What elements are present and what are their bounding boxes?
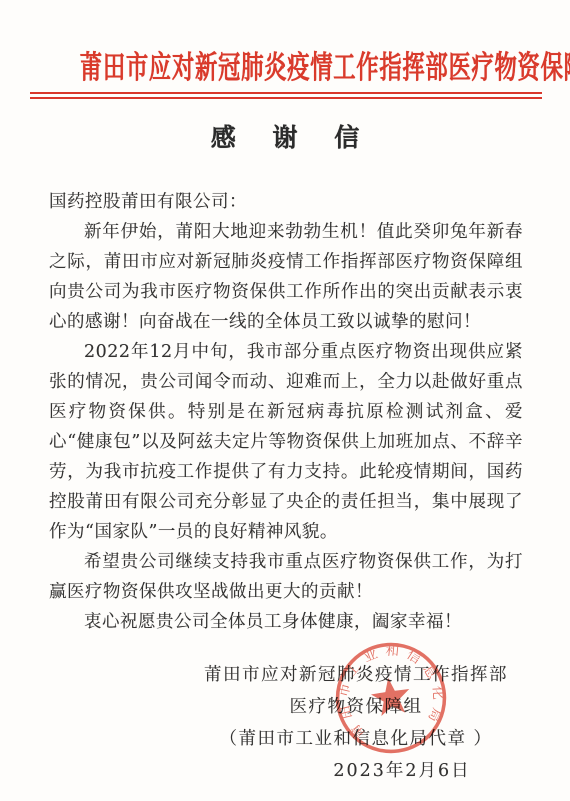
scanned-letter-page: 莆田市应对新冠肺炎疫情工作指挥部医疗物资保障组 感 谢 信 国药控股莆田有限公司… bbox=[0, 0, 570, 801]
star-icon bbox=[369, 675, 412, 717]
letterhead-title: 莆田市应对新冠肺炎疫情工作指挥部医疗物资保障组 bbox=[80, 42, 490, 87]
letterhead-divider bbox=[30, 92, 542, 99]
recipient-line: 国药控股莆田有限公司： bbox=[49, 187, 523, 217]
official-seal: 莆田市工业和信息化局 bbox=[327, 634, 456, 763]
paragraph-4: 衷心祝愿贵公司全体员工身体健康，阖家幸福！ bbox=[49, 607, 523, 637]
paragraph-2: 2022年12月中旬，我市部分重点医疗物资出现供应紧张的情况，贵公司闻令而动、迎… bbox=[49, 337, 523, 547]
letter-body: 国药控股莆田有限公司： 新年伊始，莆阳大地迎来勃勃生机！值此癸卯兔年新春之际，莆… bbox=[49, 187, 523, 637]
document-title: 感 谢 信 bbox=[0, 118, 570, 154]
paragraph-1: 新年伊始，莆阳大地迎来勃勃生机！值此癸卯兔年新春之际，莆田市应对新冠肺炎疫情工作… bbox=[49, 217, 523, 337]
paragraph-3: 希望贵公司继续支持我市重点医疗物资保供工作，为打赢医疗物资保供攻坚战做出更大的贡… bbox=[49, 547, 523, 607]
